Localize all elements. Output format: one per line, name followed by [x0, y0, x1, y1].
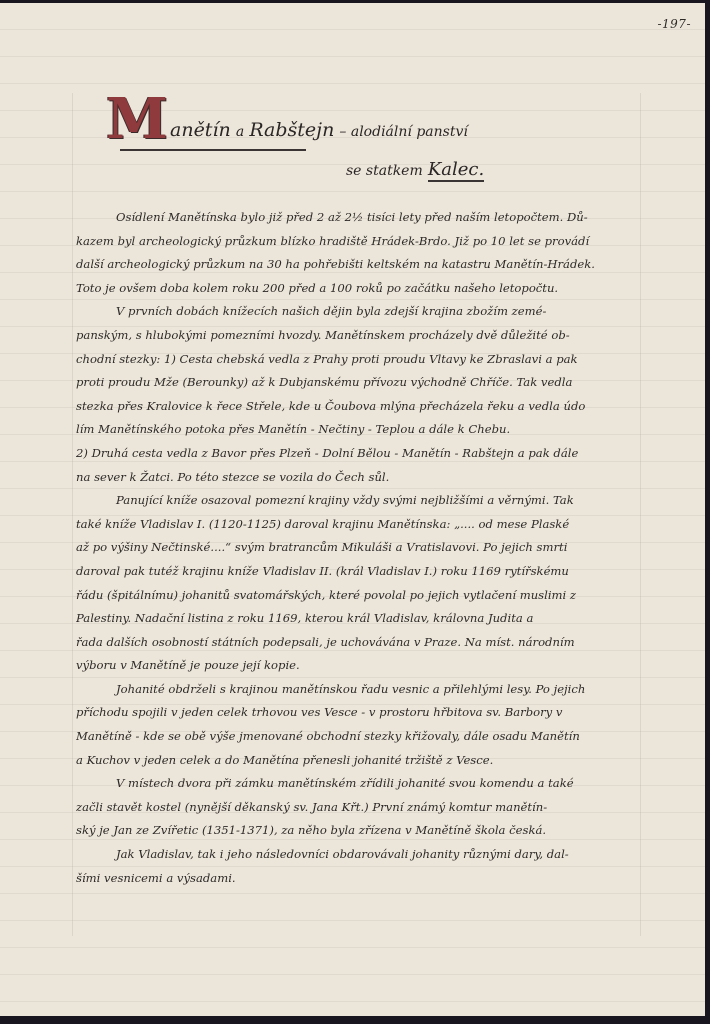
body-text: Osídlení Manětínska bylo již před 2 až 2…	[76, 206, 652, 890]
title-underline	[120, 149, 306, 151]
text-line: až po výšiny Nečtinské....“ svým bratran…	[76, 536, 652, 560]
text-line: stezka přes Kralovice k řece Střele, kde…	[76, 395, 652, 419]
decorated-initial: M	[106, 91, 168, 147]
text-line: lím Manětínského potoka přes Manětín - N…	[76, 418, 652, 442]
text-line: řádu (špitálnímu) johanitů svatomářských…	[76, 584, 652, 608]
text-line: chodní stezky: 1) Cesta chebská vedla z …	[76, 348, 652, 372]
title-word-rabstejn: Rabštejn	[249, 119, 334, 141]
text-line: panským, s hlubokými pomezními hvozdy. M…	[76, 324, 652, 348]
manuscript-page: -197- M anětín a Rabštejn – alodiální pa…	[0, 3, 705, 1016]
text-line: Panující kníže osazoval pomezní krajiny …	[76, 489, 652, 513]
text-line: kazem byl archeologický průzkum blízko h…	[76, 230, 652, 254]
text-line: Manětíně - kde se obě výše jmenované obc…	[76, 725, 652, 749]
text-line: šími vesnicemi a výsadami.	[76, 867, 652, 891]
page-number: -197-	[657, 17, 691, 31]
title-word-kalec: Kalec.	[428, 159, 484, 182]
text-line: Palestiny. Nadační listina z roku 1169, …	[76, 607, 652, 631]
text-line: řada dalších osobností státních podepsal…	[76, 631, 652, 655]
text-line: Osídlení Manětínska bylo již před 2 až 2…	[76, 206, 652, 230]
title-word-manetin: anětín	[170, 119, 231, 141]
text-line: daroval pak tutéž krajinu kníže Vladisla…	[76, 560, 652, 584]
text-line: Johanité obdrželi s krajinou manětínskou…	[76, 678, 652, 702]
text-line: V prvních dobách knížecích našich dějin …	[76, 300, 652, 324]
text-line: a Kuchov v jeden celek a do Manětína pře…	[76, 749, 652, 773]
title-line-1: anětín a Rabštejn – alodiální panství	[170, 119, 468, 141]
text-line: Jak Vladislav, tak i jeho následovníci o…	[76, 843, 652, 867]
left-margin-line	[72, 93, 73, 936]
text-line: ský je Jan ze Zvířetic (1351-1371), za n…	[76, 819, 652, 843]
title-line2-prefix: se statkem	[346, 163, 423, 179]
text-line: další archeologický průzkum na 30 ha poh…	[76, 253, 652, 277]
text-line: 2) Druhá cesta vedla z Bavor přes Plzeň …	[76, 442, 652, 466]
title-line-2: se statkem Kalec.	[346, 159, 484, 180]
text-line: také kníže Vladislav I. (1120-1125) daro…	[76, 513, 652, 537]
text-line: Toto je ovšem doba kolem roku 200 před a…	[76, 277, 652, 301]
title-subtitle: – alodiální panství	[339, 124, 467, 140]
title-conjunction: a	[236, 124, 244, 140]
text-line: začli stavět kostel (nynější děkanský sv…	[76, 796, 652, 820]
text-line: proti proudu Mže (Berounky) až k Dubjans…	[76, 371, 652, 395]
text-line: výboru v Manětíně je pouze její kopie.	[76, 654, 652, 678]
text-line: V místech dvora při zámku manětínském zř…	[76, 772, 652, 796]
text-line: na sever k Žatci. Po této stezce se vozi…	[76, 466, 652, 490]
text-line: příchodu spojili v jeden celek trhovou v…	[76, 701, 652, 725]
